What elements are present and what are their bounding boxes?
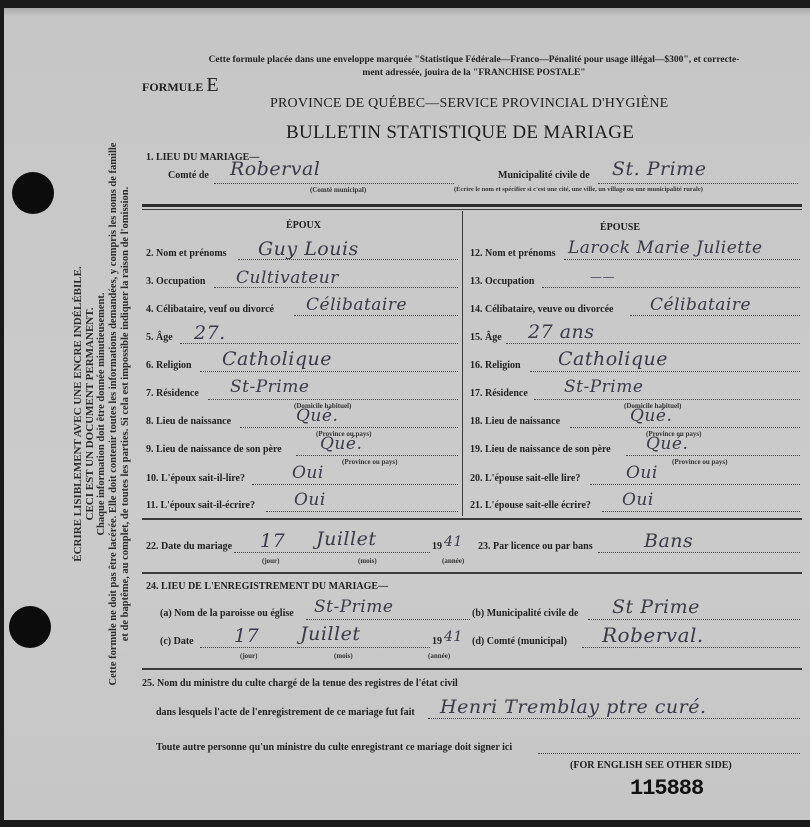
comte-value[interactable]: Roberval <box>230 158 320 180</box>
formule-label: FORMULE E <box>142 74 219 97</box>
postal-notice: Cette formule placée dans une enveloppe … <box>142 54 806 80</box>
epoux-value-religion[interactable]: Catholique <box>222 348 332 370</box>
epoux-line-10 <box>252 484 458 485</box>
section1-divider-thin <box>142 209 802 210</box>
epoux-value-nom[interactable]: Guy Louis <box>258 238 359 260</box>
epouse-line-15 <box>506 343 800 344</box>
date-mariage-jour[interactable]: 17 <box>260 530 285 552</box>
section25-line2-label: dans lesquels l'acte de l'enregistrement… <box>156 707 415 718</box>
formule-letter: E <box>206 74 218 96</box>
postal-notice-line1: Cette formule placée dans une enveloppe … <box>142 54 806 67</box>
ministre-line <box>428 718 800 719</box>
epouse-label-14: 14. Célibataire, veuve ou divorcée <box>470 304 614 315</box>
autre-personne-label: Toute autre personne qu'un ministre du c… <box>156 742 512 753</box>
epouse-value-occupation[interactable]: —— <box>590 270 615 284</box>
epoux-label-11: 11. L'époux sait-il-écrire? <box>146 500 255 511</box>
epoux-line-8 <box>240 427 458 428</box>
section25-label: 25. Nom du ministre du culte chargé de l… <box>142 678 458 689</box>
epouse-line-12 <box>564 259 800 260</box>
epouse-label-15: 15. Âge <box>470 332 502 343</box>
section24-annee-hint: (année) <box>428 652 450 660</box>
jour-hint: (jour) <box>262 557 280 565</box>
epouse-label-12: 12. Nom et prénoms <box>470 248 556 259</box>
epoux-line-4 <box>294 315 458 316</box>
section24-date-line <box>200 647 430 648</box>
municipalite-line <box>598 183 798 184</box>
epouse-label-18: 18. Lieu de naissance <box>470 416 560 427</box>
municipalite-value[interactable]: St. Prime <box>612 158 706 180</box>
licence-bans-label: 23. Par licence ou par bans <box>478 541 593 552</box>
paroisse-label: (a) Nom de la paroisse ou église <box>160 608 294 619</box>
section24-mois-hint: (mois) <box>334 652 353 660</box>
epouse-value-religion[interactable]: Catholique <box>558 348 668 370</box>
epouse-line-16 <box>530 371 800 372</box>
date-mariage-label: 22. Date du mariage <box>146 541 232 552</box>
epouse-label-19: 19. Lieu de naissance de son père <box>470 444 611 455</box>
epoux-line-11 <box>266 511 458 512</box>
section24-annee-prefix: 19 <box>432 636 442 647</box>
margin-line-1: ÉCRIRE LISIBLEMENT AVEC UNE ENCRE INDÉLÉ… <box>72 38 84 790</box>
epoux-label-3: 3. Occupation <box>146 276 205 287</box>
epouse-value-residence[interactable]: St-Prime <box>564 377 643 397</box>
section24-date-jour[interactable]: 17 <box>234 625 259 647</box>
section24-municipalite-line <box>588 619 800 620</box>
epouse-line-18 <box>570 427 800 428</box>
paroisse-line <box>306 619 470 620</box>
epoux-value-occupation[interactable]: Cultivateur <box>236 268 339 288</box>
epoux-value-lieu-naissance-pere[interactable]: Qué. <box>320 434 362 454</box>
province-heading: PROVINCE DE QUÉBEC—SERVICE PROVINCIAL D'… <box>270 96 668 112</box>
section24-label: 24. LIEU DE L'ENREGISTREMENT DU MARIAGE— <box>146 581 388 592</box>
epouse-heading: ÉPOUSE <box>600 222 640 233</box>
epoux-value-lire[interactable]: Oui <box>292 463 324 483</box>
section24-date-label: (c) Date <box>160 636 194 647</box>
section24-municipalite-label: (b) Municipalité civile de <box>472 608 578 619</box>
epoux-label-10: 10. L'époux sait-il-lire? <box>146 473 245 484</box>
epouse-value-ecrire[interactable]: Oui <box>622 490 654 510</box>
mois-hint: (mois) <box>358 557 377 565</box>
epoux-value-lieu-naissance[interactable]: Qué. <box>296 406 338 426</box>
epoux-value-residence[interactable]: St-Prime <box>230 377 309 397</box>
date-mariage-line <box>234 552 430 553</box>
section24-comte-value[interactable]: Roberval. <box>602 623 704 647</box>
epoux-line-6 <box>200 371 458 372</box>
divider-after-date <box>142 572 802 574</box>
page-title: BULLETIN STATISTIQUE DE MARIAGE <box>286 122 634 144</box>
epoux-label-9: 9. Lieu de naissance de son père <box>146 444 282 455</box>
divider-after-section24 <box>142 668 802 670</box>
date-mariage-mois[interactable]: Juillet <box>316 528 376 550</box>
annee-hint: (année) <box>442 557 464 565</box>
licence-bans-line <box>598 552 800 553</box>
epouse-line-19 <box>626 455 800 456</box>
epouse-value-lieu-naissance[interactable]: Qué. <box>630 406 672 426</box>
municipalite-label: Municipalité civile de <box>498 170 590 181</box>
date-mariage-annee-prefix: 19 <box>432 541 442 552</box>
epouse-line-17 <box>534 399 800 400</box>
epouse-line-20 <box>590 484 800 485</box>
section24-comte-label: (d) Comté (municipal) <box>472 636 567 647</box>
epoux-label-5: 5. Âge <box>146 332 173 343</box>
epoux-value-age[interactable]: 27. <box>194 322 226 344</box>
epoux-label-8: 8. Lieu de naissance <box>146 416 231 427</box>
formule-text: FORMULE <box>142 80 203 94</box>
epouse-hint-19: (Province ou pays) <box>672 458 727 466</box>
paroisse-value[interactable]: St-Prime <box>314 597 393 617</box>
epouse-value-etat-civil[interactable]: Célibataire <box>650 295 751 315</box>
epouse-value-age[interactable]: 27 ans <box>528 321 595 343</box>
section24-annee[interactable]: 41 <box>444 629 463 645</box>
margin-instructions: ÉCRIRE LISIBLEMENT AVEC UNE ENCRE INDÉLÉ… <box>72 38 132 790</box>
epoux-label-4: 4. Célibataire, veuf ou divorcé <box>146 304 274 315</box>
punch-hole-top <box>12 172 54 214</box>
margin-line-2: CECI EST UN DOCUMENT PERMANENT. <box>84 38 96 790</box>
section24-jour-hint: (jour) <box>240 652 258 660</box>
epouse-line-14 <box>630 315 800 316</box>
punch-hole-bottom <box>9 606 51 648</box>
epouse-line-21 <box>602 511 800 512</box>
epouse-line-13 <box>542 287 800 288</box>
epoux-value-ecrire[interactable]: Oui <box>294 490 326 510</box>
english-note: (FOR ENGLISH SEE OTHER SIDE) <box>570 760 732 771</box>
comte-line <box>214 183 454 184</box>
epouse-value-nom[interactable]: Larock Marie Juliette <box>568 238 763 258</box>
postal-notice-line2: ment adressée, jouira de la "FRANCHISE P… <box>142 67 806 80</box>
ministre-value[interactable]: Henri Tremblay ptre curé. <box>440 696 707 718</box>
epouse-label-20: 20. L'épouse sait-elle lire? <box>470 473 580 484</box>
section1-divider <box>142 204 802 207</box>
licence-bans-value[interactable]: Bans <box>644 530 693 552</box>
epouse-label-16: 16. Religion <box>470 360 521 371</box>
divider-after-persons <box>142 518 802 520</box>
margin-line-5: et de baptême, au complet, de toutes les… <box>120 38 132 790</box>
epoux-hint-9: (Province ou pays) <box>342 458 397 466</box>
comte-label: Comté de <box>168 170 209 181</box>
epoux-value-etat-civil[interactable]: Célibataire <box>306 295 407 315</box>
epouse-label-21: 21. L'épouse sait-elle écrire? <box>470 500 591 511</box>
epouse-value-lieu-naissance-pere[interactable]: Qué. <box>646 434 688 454</box>
serial-number: 115888 <box>630 776 703 801</box>
epoux-line-7 <box>208 399 458 400</box>
section24-date-mois[interactable]: Juillet <box>300 623 360 645</box>
column-divider <box>462 211 463 516</box>
margin-line-4: Cette formule ne doit pas être lacérée. … <box>108 38 120 790</box>
epouse-label-17: 17. Résidence <box>470 388 528 399</box>
epoux-heading: ÉPOUX <box>286 220 321 231</box>
autre-personne-line <box>538 753 800 754</box>
epoux-label-6: 6. Religion <box>146 360 192 371</box>
comte-hint: (Comté municipal) <box>310 186 366 194</box>
epoux-line-9 <box>296 455 458 456</box>
date-mariage-annee[interactable]: 41 <box>444 534 463 550</box>
epouse-value-lire[interactable]: Oui <box>626 463 658 483</box>
margin-line-3: Chaque information doit être donnée minu… <box>96 38 108 790</box>
section24-municipalite-value[interactable]: St Prime <box>612 596 700 618</box>
municipalite-hint: (Écrire le nom et spécifier si c'est une… <box>454 186 703 193</box>
section24-comte-line <box>582 647 800 648</box>
epoux-label-2: 2. Nom et prénoms <box>146 248 227 259</box>
epoux-label-7: 7. Résidence <box>146 388 199 399</box>
marriage-certificate-form: ÉCRIRE LISIBLEMENT AVEC UNE ENCRE INDÉLÉ… <box>4 8 810 820</box>
epouse-label-13: 13. Occupation <box>470 276 534 287</box>
